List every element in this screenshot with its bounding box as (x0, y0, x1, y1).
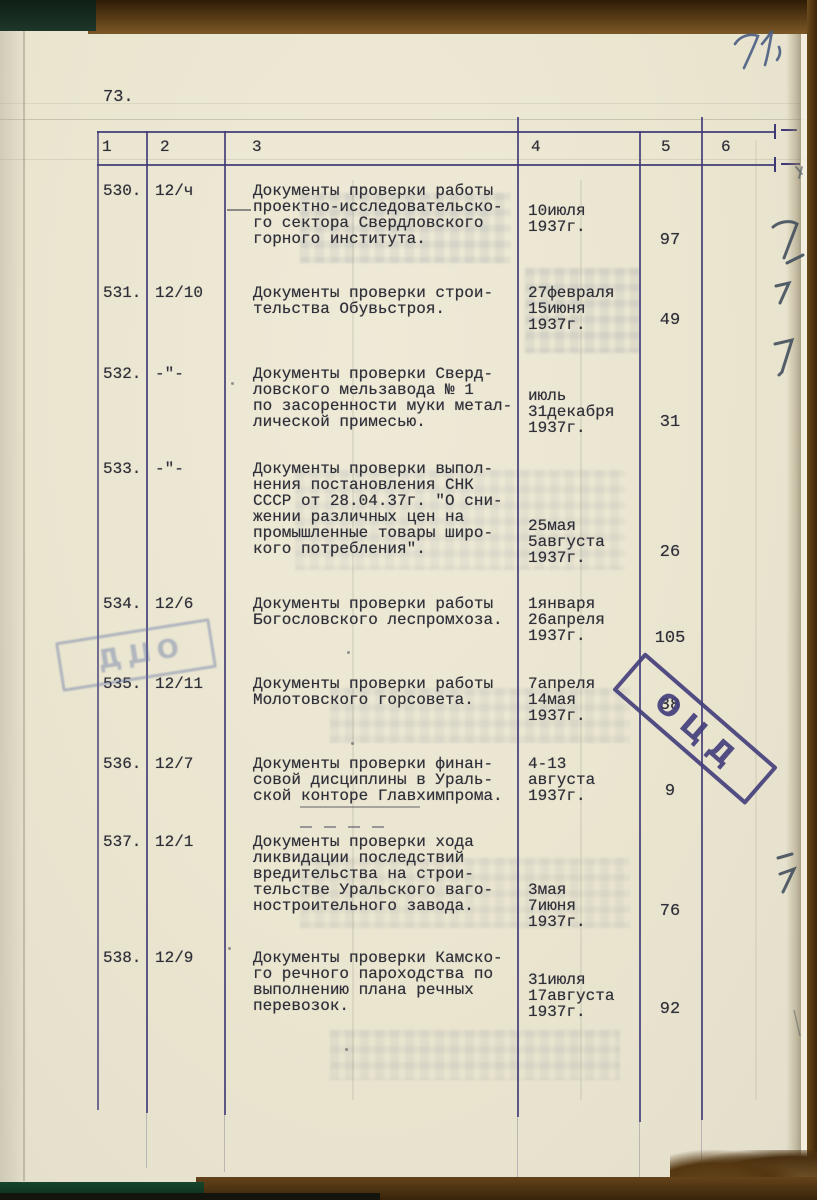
pen-mark-check-7 (773, 222, 797, 258)
pen-annotations (0, 0, 817, 1200)
pen-mark-stroke (778, 854, 792, 858)
handwritten-folio-7 (735, 35, 758, 68)
pen-mark-dash (787, 255, 803, 263)
pen-mark-7 (776, 283, 789, 303)
pen-mark-7 (780, 869, 794, 892)
pen-tick (796, 167, 802, 178)
crease-mark (794, 1010, 800, 1036)
archive-inventory-scan: 73. 1 2 3 4 5 6 530. 12/ч Документы пров… (0, 0, 817, 1200)
handwritten-comma (777, 47, 780, 60)
pen-mark-7 (775, 340, 792, 375)
handwritten-folio-1 (762, 31, 772, 65)
